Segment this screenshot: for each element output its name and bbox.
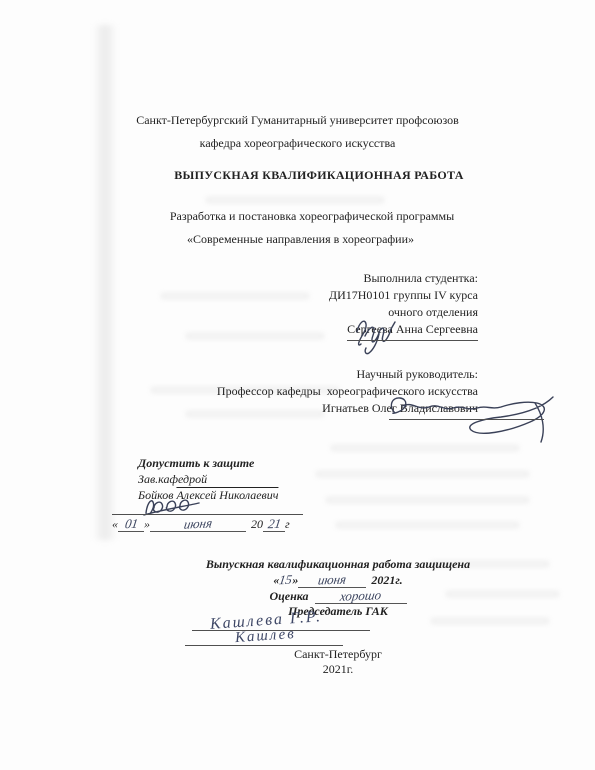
supervisor-label: Научный руководитель: bbox=[217, 366, 478, 383]
scan-streak bbox=[93, 25, 117, 540]
admission-year-prefix: 20 bbox=[251, 517, 263, 531]
scan-artifact bbox=[335, 521, 520, 529]
admission-note: Допустить к защите bbox=[138, 455, 278, 471]
scan-artifact bbox=[325, 496, 530, 504]
scan-artifact bbox=[185, 332, 325, 340]
defense-day-handwritten: 15 bbox=[279, 574, 294, 587]
grade-label: Оценка bbox=[269, 589, 308, 603]
department-name: кафедра хореографического искусства bbox=[0, 136, 595, 150]
defense-date-row: «15»июня2021г. bbox=[80, 573, 595, 588]
admission-date-row: «01»июня2021г bbox=[112, 517, 290, 532]
scan-artifact bbox=[160, 292, 310, 300]
work-type-title: ВЫПУСКНАЯ КВАЛИФИКАЦИОННАЯ РАБОТА bbox=[44, 168, 594, 182]
grade-row: Оценкахорошо bbox=[80, 589, 595, 604]
admission-month-handwritten: июня bbox=[183, 517, 213, 531]
year-label: 2021г. bbox=[80, 662, 595, 677]
document-page: Санкт-Петербургский Гуманитарный универс… bbox=[0, 0, 595, 770]
supervisor-signature-line bbox=[389, 419, 544, 420]
work-title-line1: Разработка и постановка хореографической… bbox=[22, 209, 595, 223]
scan-artifact bbox=[315, 470, 530, 478]
chair-signature-line-2 bbox=[185, 645, 343, 646]
student-signature-line bbox=[347, 340, 478, 341]
student-label: Выполнила студентка: bbox=[329, 270, 478, 287]
grade-value-handwritten: хорошо bbox=[339, 589, 382, 603]
student-signature bbox=[350, 317, 412, 355]
supervisor-signature bbox=[383, 392, 561, 448]
student-group: ДИ17Н0101 группы IV курса bbox=[329, 287, 478, 304]
university-name: Санкт-Петербургский Гуманитарный универс… bbox=[0, 113, 595, 127]
defense-statement: Выпускная квалификационная работа защище… bbox=[80, 557, 595, 572]
city-name: Санкт-Петербург bbox=[80, 647, 595, 662]
work-title-line2: «Современные направления в хореографии» bbox=[3, 232, 595, 246]
defense-year: 2021г. bbox=[371, 573, 402, 587]
admission-year-handwritten: 21 bbox=[267, 518, 282, 531]
head-title: Зав.кафедрой bbox=[138, 471, 278, 487]
admission-year-suffix: г bbox=[285, 517, 290, 531]
admission-day-handwritten: 01 bbox=[124, 518, 139, 531]
scan-artifact bbox=[205, 196, 385, 204]
chair-signature-2: Кашлев bbox=[234, 626, 296, 647]
chair-label: Председатель ГАК bbox=[80, 604, 595, 619]
defense-month-handwritten: июня bbox=[317, 573, 347, 586]
